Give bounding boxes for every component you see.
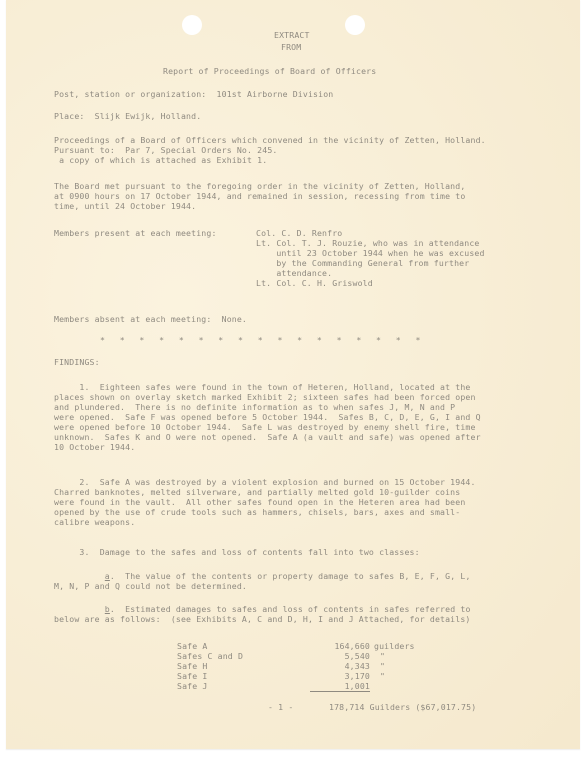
proceedings-line: Pursuant to: Par 7, Special Orders No. 2… bbox=[54, 145, 278, 155]
members-absent-line: Members absent at each meeting: None. bbox=[54, 314, 247, 324]
table-row-amount: 1,001 bbox=[310, 681, 370, 692]
finding-3a-line: a. The value of the contents or property… bbox=[54, 571, 471, 581]
finding-2-line: calibre weapons. bbox=[54, 517, 135, 527]
finding-1-line: and plundered. There is no definite info… bbox=[54, 402, 455, 412]
table-row-label: Safe I bbox=[177, 671, 207, 681]
table-row-unit: guilders bbox=[374, 641, 415, 651]
table-row-label: Safe J bbox=[177, 681, 207, 691]
table-row-amount: 5,540 bbox=[310, 651, 370, 661]
member-line: attendance. bbox=[256, 268, 332, 278]
finding-1-line: unknown. Safes K and O were not opened. … bbox=[54, 432, 481, 442]
finding-2-line: opened by the use of crude tools such as… bbox=[54, 507, 460, 517]
member-line: by the Commanding General from further bbox=[256, 258, 469, 268]
table-row-amount: 164,660 bbox=[310, 641, 370, 651]
header-from: FROM bbox=[281, 42, 301, 52]
table-row-amount: 3,170 bbox=[310, 671, 370, 681]
table-row-unit: " bbox=[380, 661, 385, 671]
member-line: Lt. Col. T. J. Rouzie, who was in attend… bbox=[256, 238, 480, 248]
post-station-line: Post, station or organization: 101st Air… bbox=[54, 89, 333, 99]
separator-asterisks: * * * * * * * * * * * * * * * * * bbox=[100, 335, 420, 345]
finding-1-line: 10 October 1944. bbox=[54, 442, 135, 452]
table-row-unit: " bbox=[380, 671, 385, 681]
finding-3-intro: 3. Damage to the safes and loss of conte… bbox=[54, 547, 420, 557]
finding-2-line: 2. Safe A was destroyed by a violent exp… bbox=[54, 477, 476, 487]
meeting-line: time, until 24 October 1944. bbox=[54, 201, 196, 211]
table-row-label: Safe H bbox=[177, 661, 207, 671]
page-number: - 1 - bbox=[268, 702, 293, 712]
finding-3b-line: b. Estimated damages to safes and loss o… bbox=[54, 604, 471, 614]
place-line: Place: Slijk Ewijk, Holland. bbox=[54, 111, 201, 121]
finding-1-line: places shown on overlay sketch marked Ex… bbox=[54, 392, 476, 402]
finding-3b-line: below are as follows: (see Exhibits A, C… bbox=[54, 614, 471, 624]
table-row-label: Safes C and D bbox=[177, 651, 243, 661]
member-line: Lt. Col. C. H. Griswold bbox=[256, 278, 373, 288]
punch-hole bbox=[182, 15, 202, 35]
punch-hole bbox=[345, 15, 365, 35]
finding-1-line: were opened before 10 October 1944. Safe… bbox=[54, 422, 476, 432]
member-line: until 23 October 1944 when he was excuse… bbox=[256, 248, 485, 258]
table-row-label: Safe A bbox=[177, 641, 207, 651]
proceedings-line: a copy of which is attached as Exhibit 1… bbox=[54, 155, 267, 165]
table-total: 178,714 Guilders ($67,017.75) bbox=[329, 702, 476, 712]
member-line: Col. C. D. Renfro bbox=[256, 228, 342, 238]
header-extract: EXTRACT bbox=[274, 30, 310, 40]
proceedings-line: Proceedings of a Board of Officers which… bbox=[54, 135, 486, 145]
finding-2-line: were found in the vault. All other safes… bbox=[54, 497, 465, 507]
table-row-unit: " bbox=[380, 651, 385, 661]
findings-heading: FINDINGS: bbox=[54, 357, 100, 367]
table-row-amount: 4,343 bbox=[310, 661, 370, 671]
members-present-label: Members present at each meeting: bbox=[54, 228, 217, 238]
finding-1-line: were opened. Safe F was opened before 5 … bbox=[54, 412, 481, 422]
meeting-line: at 0900 hours on 17 October 1944, and re… bbox=[54, 191, 465, 201]
finding-2-line: Charred banknotes, melted silverware, an… bbox=[54, 487, 460, 497]
meeting-line: The Board met pursuant to the foregoing … bbox=[54, 181, 465, 191]
finding-1-line: 1. Eighteen safes were found in the town… bbox=[54, 382, 471, 392]
report-title: Report of Proceedings of Board of Office… bbox=[163, 66, 376, 76]
finding-3a-line: M, N, P and Q could not be determined. bbox=[54, 581, 247, 591]
